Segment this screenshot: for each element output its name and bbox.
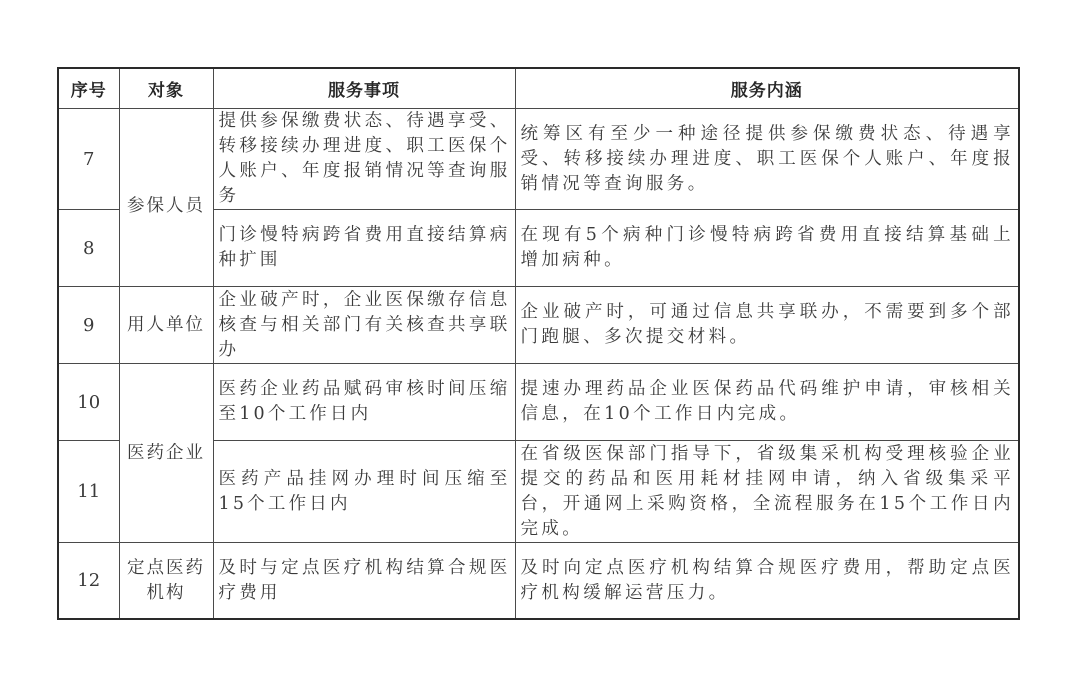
table-row: 9 用人单位 企业破产时，企业医保缴存信息核查与相关部门有关核查共享联办 企业破…: [58, 287, 1019, 364]
header-row: 序号 对象 服务事项 服务内涵: [58, 68, 1019, 109]
row-service-content: 企业破产时，可通过信息共享联办，不需要到多个部门跑腿、多次提交材料。: [515, 287, 1019, 364]
row-service-item: 门诊慢特病跨省费用直接结算病种扩围: [213, 210, 515, 287]
header-service-item: 服务事项: [213, 68, 515, 109]
service-table: 序号 对象 服务事项 服务内涵 7 参保人员 提供参保缴费状态、待遇享受、转移接…: [57, 67, 1020, 620]
row-service-content: 提速办理药品企业医保药品代码维护申请，审核相关信息，在10个工作日内完成。: [515, 364, 1019, 441]
row-service-content: 统筹区有至少一种途径提供参保缴费状态、待遇享受、转移接续办理进度、职工医保个人账…: [515, 109, 1019, 210]
header-target: 对象: [119, 68, 213, 109]
row-index: 11: [58, 441, 119, 543]
header-service-content: 服务内涵: [515, 68, 1019, 109]
row-target: 参保人员: [126, 194, 207, 219]
row-target: 医药企业: [119, 364, 213, 543]
row-service-item: 医药产品挂网办理时间压缩至15个工作日内: [213, 441, 515, 543]
table-body: 7 参保人员 提供参保缴费状态、待遇享受、转移接续办理进度、职工医保个人账户、年…: [58, 109, 1019, 620]
row-target: 定点医药机构: [119, 543, 213, 620]
row-target: 用人单位: [119, 287, 213, 364]
table-row: 10 医药企业 医药企业药品赋码审核时间压缩至10个工作日内 提速办理药品企业医…: [58, 364, 1019, 441]
row-index: 7: [58, 109, 119, 210]
row-service-item: 企业破产时，企业医保缴存信息核查与相关部门有关核查共享联办: [213, 287, 515, 364]
header-index: 序号: [58, 68, 119, 109]
row-service-item: 提供参保缴费状态、待遇享受、转移接续办理进度、职工医保个人账户、年度报销情况等查…: [213, 109, 515, 210]
row-index: 10: [58, 364, 119, 441]
row-service-content: 在现有5个病种门诊慢特病跨省费用直接结算基础上增加病种。: [515, 210, 1019, 287]
row-index: 9: [58, 287, 119, 364]
table-row: 12 定点医药机构 及时与定点医疗机构结算合规医疗费用 及时向定点医疗机构结算合…: [58, 543, 1019, 620]
row-service-item: 医药企业药品赋码审核时间压缩至10个工作日内: [213, 364, 515, 441]
row-index: 8: [58, 210, 119, 287]
row-service-item: 及时与定点医疗机构结算合规医疗费用: [213, 543, 515, 620]
row-service-content: 及时向定点医疗机构结算合规医疗费用，帮助定点医疗机构缓解运营压力。: [515, 543, 1019, 620]
row-target-group: 参保人员: [119, 109, 213, 287]
row-index: 12: [58, 543, 119, 620]
service-table-container: 序号 对象 服务事项 服务内涵 7 参保人员 提供参保缴费状态、待遇享受、转移接…: [57, 67, 1018, 620]
table-row: 7 参保人员 提供参保缴费状态、待遇享受、转移接续办理进度、职工医保个人账户、年…: [58, 109, 1019, 210]
row-service-content: 在省级医保部门指导下，省级集采机构受理核验企业提交的药品和医用耗材挂网申请，纳入…: [515, 441, 1019, 543]
table-header: 序号 对象 服务事项 服务内涵: [58, 68, 1019, 109]
